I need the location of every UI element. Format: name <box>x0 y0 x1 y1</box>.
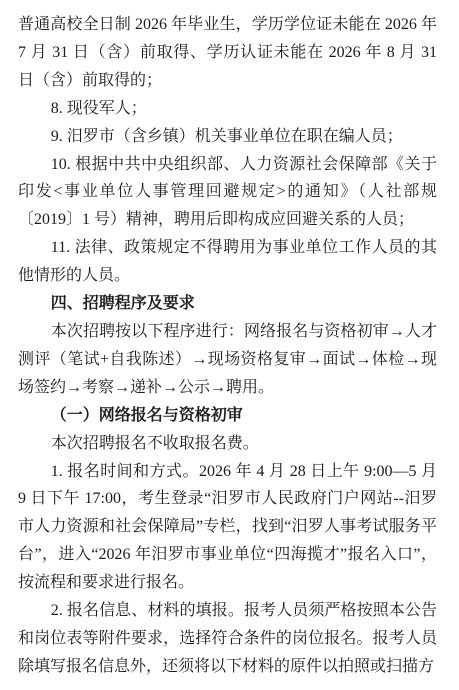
paragraph: 1. 报名时间和方式。2026 年 4 月 28 日上午 9:00—5 月 9 … <box>18 458 437 598</box>
paragraph: 2. 报名信息、材料的填报。报考人员须严格按照本公告和岗位表等附件要求，选择符合… <box>18 597 437 681</box>
paragraph: 本次招聘报名不收取报名费。 <box>18 430 437 458</box>
paragraph: 普通高校全日制 2026 年毕业生，学历学位证未能在 2026 年 7 月 31… <box>18 11 437 95</box>
document-body: 普通高校全日制 2026 年毕业生，学历学位证未能在 2026 年 7 月 31… <box>18 11 437 681</box>
paragraph: 8. 现役军人； <box>18 95 437 123</box>
paragraph: 11. 法律、政策规定不得聘用为事业单位工作人员的其他情形的人员。 <box>18 234 437 290</box>
section-heading: 四、招聘程序及要求 <box>18 290 437 318</box>
document-page: 普通高校全日制 2026 年毕业生，学历学位证未能在 2026 年 7 月 31… <box>0 0 459 690</box>
paragraph: 10. 根据中共中央组织部、人力资源社会保障部《关于印发<事业单位人事管理回避规… <box>18 151 437 235</box>
section-heading: （一）网络报名与资格初审 <box>18 402 437 430</box>
paragraph: 本次招聘按以下程序进行：网络报名与资格初审→人才测评（笔试+自我陈述）→现场资格… <box>18 318 437 402</box>
paragraph: 9. 汨罗市（含乡镇）机关事业单位在职在编人员； <box>18 123 437 151</box>
